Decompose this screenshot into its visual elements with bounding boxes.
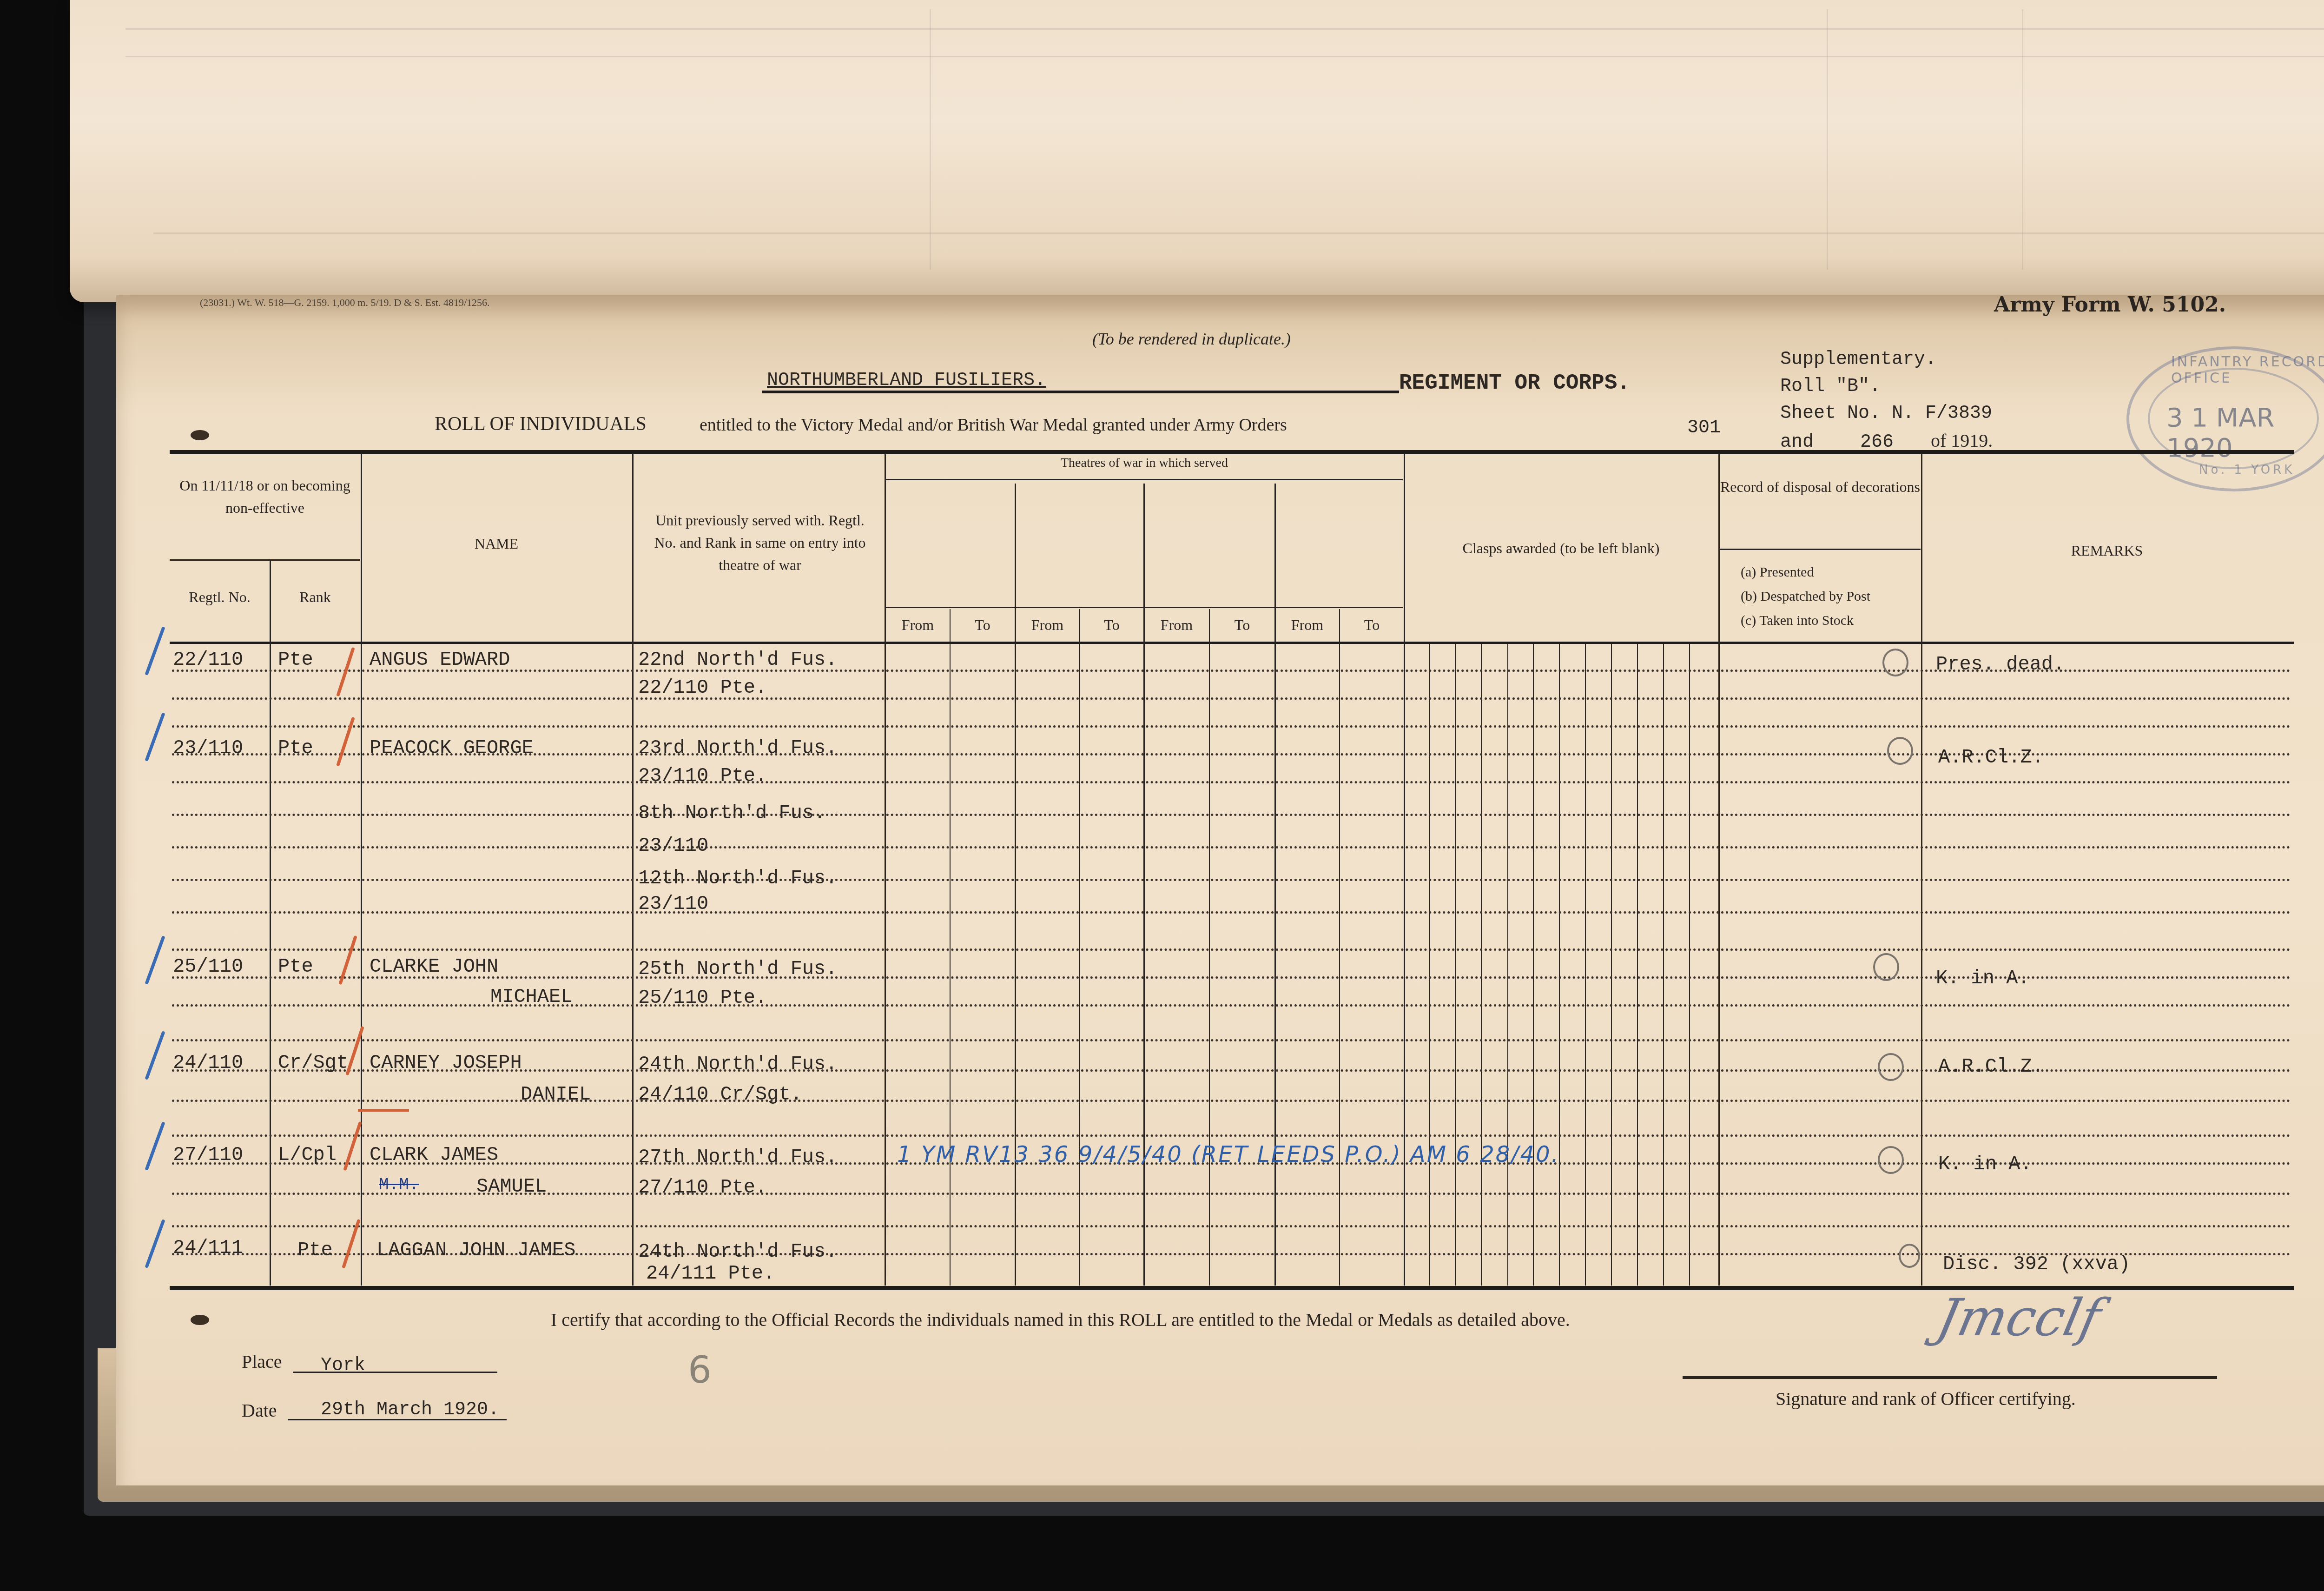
header-disposal: Record of disposal of decorations — [1720, 472, 1921, 502]
row6-unit-2: 24/111 Pte. — [646, 1262, 775, 1285]
row2-unit-5: 12th North'd Fus. — [638, 867, 837, 889]
row2-rank: Pte — [278, 737, 313, 759]
dotted-rule — [172, 846, 2291, 849]
header-from-4: From — [1275, 614, 1339, 636]
roll-letter: Roll "B". — [1780, 373, 1993, 400]
row4-regtl-no: 24/110 — [173, 1052, 243, 1074]
disposal-circle-icon — [1878, 1053, 1904, 1081]
header-from-2: From — [1016, 614, 1079, 636]
row3-unit-2: 25/110 Pte. — [638, 987, 767, 1009]
disposal-circle-icon — [1899, 1244, 1920, 1268]
subcol-to-4 — [1339, 609, 1340, 1286]
row1-remarks: Pres. dead. — [1936, 653, 2065, 676]
clasp-subcolumn-line — [1507, 644, 1508, 1286]
col-divider-rank-name — [361, 453, 362, 1286]
row1-name: ANGUS EDWARD — [370, 649, 510, 671]
signature-caption: Signature and rank of Officer certifying… — [1776, 1388, 2076, 1410]
dotted-rule — [172, 879, 2291, 881]
row2-regtl-no: 23/110 — [173, 737, 243, 759]
header-regtl-no: Regtl. No. — [170, 586, 270, 608]
subcol-to-1 — [950, 609, 951, 1286]
row3-name-2: MICHAEL — [490, 986, 572, 1008]
regiment-suffix: REGIMENT OR CORPS. — [1399, 371, 1630, 395]
clasp-subcolumn-line — [1533, 644, 1534, 1286]
binding-hole-icon — [191, 430, 209, 440]
roll-title-rest: entitled to the Victory Medal and/or Bri… — [700, 415, 1287, 435]
red-mark — [358, 1109, 409, 1112]
dotted-rule — [172, 781, 2291, 783]
header-to-1: To — [951, 614, 1015, 636]
roll-title-lead: ROLL OF INDIVIDUALS — [435, 413, 647, 435]
of-year: of 1919. — [1931, 430, 1993, 451]
disposal-group-rule — [1720, 549, 1921, 550]
army-order-number: 301 — [1687, 418, 1721, 438]
row1-unit: 22nd North'd Fus. — [638, 649, 837, 671]
row5-unit-1: 27th North'd Fus. — [638, 1146, 837, 1168]
disposal-circle-icon — [1887, 737, 1913, 765]
subcol-to-3 — [1209, 609, 1210, 1286]
regiment-name: NORTHUMBERLAND FUSILIERS. — [767, 370, 1046, 391]
header-rank: Rank — [270, 586, 361, 608]
row6-remarks: Disc. 392 (xxva) — [1943, 1253, 2130, 1275]
row5-regtl-no: 27/110 — [173, 1144, 243, 1166]
col-divider-disposal-remarks — [1921, 453, 1922, 1286]
row1-rank: Pte — [278, 649, 313, 671]
row4-remarks: A.R.Cl.Z. — [1938, 1055, 2044, 1078]
supplementary-label: Supplementary. — [1780, 346, 1993, 373]
row5-name-2: SAMUEL — [476, 1175, 547, 1198]
disposal-circle-icon — [1882, 649, 1908, 676]
sheet-number: Sheet No. N. F/3839 — [1780, 400, 1993, 427]
effective-group-rule — [170, 559, 360, 561]
header-effective-group: On 11/11/18 or on becoming non-effective — [170, 474, 360, 519]
row6-regtl-no: 24/111 — [173, 1237, 243, 1259]
form-number: Army Form W. 5102. — [1994, 293, 2226, 317]
row4-unit-1: 24th North'd Fus. — [638, 1053, 837, 1075]
row3-rank: Pte — [278, 955, 313, 978]
row2-unit-2: 23/110 Pte. — [638, 765, 767, 787]
dotted-rule — [172, 1039, 2291, 1041]
certification-text: I certify that according to the Official… — [551, 1309, 1570, 1331]
clasp-subcolumn-line — [1585, 644, 1586, 1286]
regiment-underline — [762, 391, 1399, 393]
row6-name: LAGGAN JOHN JAMES — [376, 1239, 575, 1261]
clasp-subcolumn-line — [1481, 644, 1482, 1286]
row5-struck-mm: M.M. — [379, 1175, 419, 1194]
pencil-page-number: 6 — [688, 1348, 712, 1392]
row5-remarks: K. in A. — [1938, 1153, 2032, 1175]
header-to-4: To — [1340, 614, 1404, 636]
dotted-rule — [172, 814, 2291, 816]
row6-rank: Pte — [297, 1239, 333, 1261]
dotted-rule — [172, 725, 2291, 728]
row2-unit-6: 23/110 — [638, 893, 708, 915]
col-divider-clasps-disposal — [1718, 453, 1720, 1286]
binding-hole-icon — [191, 1315, 209, 1325]
clasp-subcolumn-line — [1663, 644, 1664, 1286]
duplicate-note: (To be rendered in duplicate.) — [1092, 329, 1291, 349]
place-label: Place — [242, 1351, 282, 1372]
col-divider-regtl-rank — [270, 560, 271, 1286]
stamp-top-text: INFANTRY RECORD OFFICE — [2171, 354, 2324, 386]
row5-rank: L/Cpl — [278, 1144, 337, 1166]
subcol-to-2 — [1079, 609, 1080, 1286]
row2-unit-3: 8th North'd Fus. — [638, 802, 825, 824]
row2-unit-4: 23/110 — [638, 835, 708, 857]
header-theatres: Theatres of war in which served — [886, 453, 1403, 473]
row2-remarks: A.R.Cl.Z. — [1938, 746, 2044, 769]
dotted-rule — [172, 1225, 2291, 1227]
disposal-circle-icon — [1873, 953, 1899, 981]
header-from-3: From — [1144, 614, 1209, 636]
row5-name: CLARK JAMES — [370, 1144, 498, 1166]
dotted-rule — [172, 1004, 2291, 1007]
clasp-subcolumn-line — [1455, 644, 1456, 1286]
stamp-bottom-text: No. 1 YORK — [2199, 463, 2295, 477]
row4-name-2: DANIEL — [521, 1083, 591, 1106]
disposal-presented: (a) Presented — [1741, 560, 1870, 584]
row4-rank: Cr/Sgt — [278, 1052, 348, 1074]
dotted-rule — [172, 948, 2291, 951]
col-divider-name-unit — [632, 453, 634, 1286]
clasp-subcolumn-line — [1611, 644, 1612, 1286]
row3-remarks: K. in A. — [1936, 967, 2030, 989]
from-to-rule — [886, 607, 1403, 608]
print-code: (23031.) Wt. W. 518—G. 2159. 1,000 m. 5/… — [200, 297, 490, 309]
place-underline — [293, 1372, 497, 1373]
header-remarks: REMARKS — [1921, 539, 2293, 562]
clasp-subcolumn-line — [1689, 644, 1690, 1286]
theatres-group-rule — [886, 479, 1403, 480]
date-value: 29th March 1920. — [321, 1399, 499, 1420]
header-to-2: To — [1080, 614, 1143, 636]
dotted-rule — [172, 1134, 2291, 1137]
clasp-subcolumn-line — [1559, 644, 1560, 1286]
date-label: Date — [242, 1399, 277, 1421]
row1-regtl-no: 22/110 — [173, 649, 243, 671]
row2-unit-1: 23rd North'd Fus. — [638, 737, 837, 759]
header-from-1: From — [886, 614, 950, 636]
signature-line — [1683, 1376, 2217, 1379]
disposal-stock: (c) Taken into Stock — [1741, 609, 1870, 633]
header-to-3: To — [1210, 614, 1274, 636]
dotted-rule — [172, 697, 2291, 700]
officer-signature: Jmcclf — [1932, 1288, 2106, 1347]
clasp-subcolumn-line — [1637, 644, 1638, 1286]
row4-name: CARNEY JOSEPH — [370, 1052, 522, 1074]
date-underline — [288, 1419, 507, 1420]
row2-name: PEACOCK GEORGE — [370, 737, 534, 759]
dotted-rule — [172, 911, 2291, 914]
row3-regtl-no: 25/110 — [173, 955, 243, 978]
row4-unit-2: 24/110 Cr/Sgt. — [638, 1083, 802, 1106]
header-unit-previous: Unit previously served with. Regtl. No. … — [651, 509, 869, 576]
header-clasps: Clasps awarded (to be left blank) — [1404, 537, 1718, 559]
previous-page-curled — [70, 0, 2324, 302]
header-bottom-rule — [170, 642, 2294, 644]
row6-unit-1: 24th North'd Fus. — [638, 1240, 837, 1263]
row5-handwritten-annotation: 1 YM RV13 36 9/4/5/40 (RET LEEDS P.O.) A… — [897, 1141, 1560, 1167]
row1-unit-number: 22/110 Pte. — [638, 676, 767, 699]
row5-unit-2: 27/110 Pte. — [638, 1176, 767, 1199]
disposal-legend: (a) Presented (b) Despatched by Post (c)… — [1741, 560, 1870, 633]
disposal-despatched: (b) Despatched by Post — [1741, 584, 1870, 609]
dotted-rule — [172, 1100, 2291, 1102]
sheet-info: Supplementary. Roll "B". Sheet No. N. F/… — [1780, 346, 1993, 456]
row3-unit-1: 25th North'd Fus. — [638, 958, 837, 980]
clasp-subcolumn-line — [1429, 644, 1430, 1286]
place-value: York — [321, 1355, 365, 1376]
col-divider-unit-theatres — [885, 453, 886, 1286]
disposal-circle-icon — [1878, 1146, 1904, 1174]
row3-name: CLARKE JOHN — [370, 955, 498, 978]
header-name: NAME — [361, 532, 632, 555]
